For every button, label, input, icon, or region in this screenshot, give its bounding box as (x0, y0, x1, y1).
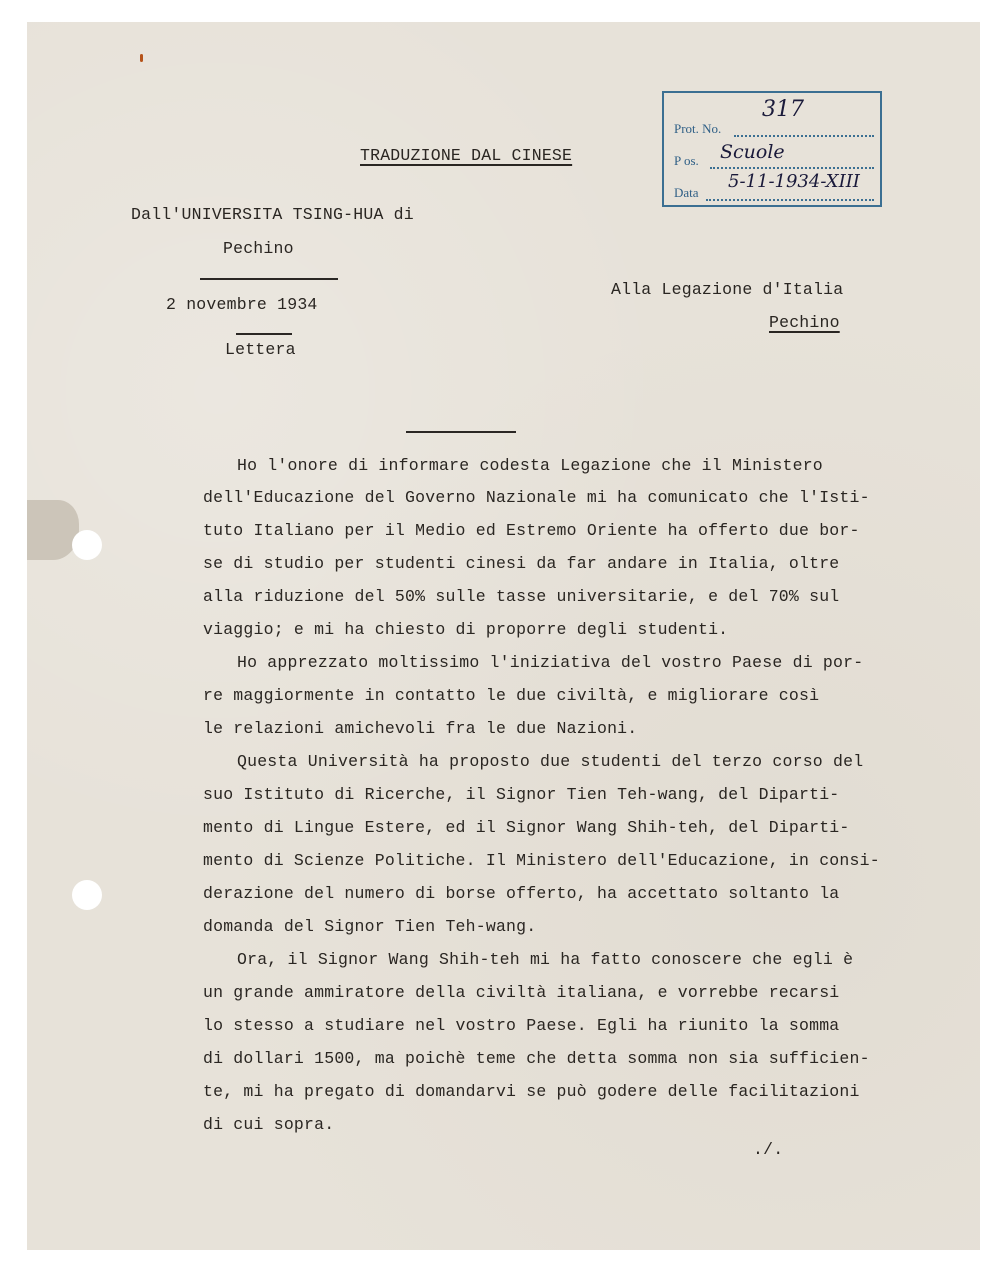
protocol-stamp: Prot. No. 317 P os. Scuole Data 5-11-193… (662, 91, 882, 207)
body-line: derazione del numero di borse offerto, h… (203, 884, 839, 903)
recipient-line-2: Pechino (769, 313, 840, 332)
body-line: lo stesso a studiare nel vostro Paese. E… (203, 1016, 839, 1035)
body-line: di cui sopra. (203, 1115, 334, 1134)
body-line: Ho apprezzato moltissimo l'iniziativa de… (237, 653, 863, 672)
body-line: viaggio; e mi ha chiesto di proporre deg… (203, 620, 728, 639)
ink-speck (140, 54, 143, 62)
body-line: dell'Educazione del Governo Nazionale mi… (203, 488, 870, 507)
body-line: alla riduzione del 50% sulle tasse unive… (203, 587, 839, 606)
sender-line-2: Pechino (223, 239, 294, 258)
date-divider (236, 333, 292, 335)
body-line: mento di Lingue Estere, ed il Signor Wan… (203, 818, 850, 837)
body-line: Ho l'onore di informare codesta Legazion… (237, 456, 823, 475)
torn-edge (27, 500, 79, 560)
body-line: se di studio per studenti cinesi da far … (203, 554, 839, 573)
document-type: Lettera (225, 340, 296, 359)
stamp-data-label: Data (674, 185, 699, 201)
stamp-pos-label: P os. (674, 153, 699, 169)
body-line: domanda del Signor Tien Teh-wang. (203, 917, 536, 936)
letter-date: 2 novembre 1934 (166, 295, 318, 314)
body-line: di dollari 1500, ma poichè teme che dett… (203, 1049, 870, 1068)
continuation-mark: ./. (753, 1140, 783, 1159)
body-line: Ora, il Signor Wang Shih-teh mi ha fatto… (237, 950, 853, 969)
stamp-prot-label: Prot. No. (674, 121, 721, 137)
punch-hole-bottom (72, 880, 102, 910)
body-line: te, mi ha pregato di domandarvi se può g… (203, 1082, 860, 1101)
stamp-data-value: 5-11-1934-XIII (728, 171, 860, 192)
body-line: re maggiormente in contatto le due civil… (203, 686, 819, 705)
stamp-prot-value: 317 (762, 97, 804, 122)
stamp-data-dots (706, 199, 874, 201)
body-line: mento di Scienze Politiche. Il Ministero… (203, 851, 880, 870)
document-title: TRADUZIONE DAL CINESE (360, 146, 572, 165)
body-line: Questa Università ha proposto due studen… (237, 752, 863, 771)
stamp-prot-dots (734, 135, 874, 137)
stamp-pos-dots (710, 167, 874, 169)
body-separator (406, 431, 516, 433)
punch-hole-top (72, 530, 102, 560)
body-line: un grande ammiratore della civiltà itali… (203, 983, 839, 1002)
sender-line-1: Dall'UNIVERSITA TSING-HUA di (131, 205, 414, 224)
body-line: le relazioni amichevoli fra le due Nazio… (203, 719, 637, 738)
recipient-line-1: Alla Legazione d'Italia (611, 280, 843, 299)
sender-divider (200, 278, 338, 280)
stamp-pos-value: Scuole (720, 141, 785, 163)
body-line: suo Istituto di Ricerche, il Signor Tien… (203, 785, 839, 804)
body-line: tuto Italiano per il Medio ed Estremo Or… (203, 521, 860, 540)
